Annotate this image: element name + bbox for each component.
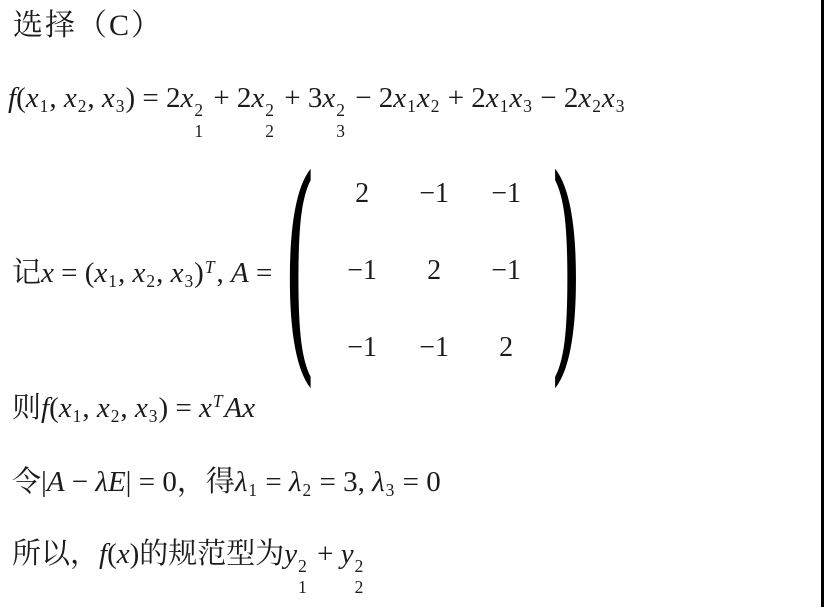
superscript: 2 [355, 559, 364, 574]
subscript: 1 [298, 580, 307, 595]
math-rm: )的规范型为 [130, 538, 285, 570]
math-it: λ [289, 466, 302, 498]
math-it: x [171, 257, 184, 289]
math-rm: − [65, 466, 96, 498]
math-rm: ) [194, 257, 204, 289]
math-it: x [417, 82, 430, 114]
math-it: x [97, 392, 110, 424]
matrix-close-paren: ) [549, 151, 583, 391]
subscript: 2 [265, 124, 274, 139]
math-it: x [64, 82, 77, 114]
math-rm: ( [107, 538, 117, 570]
math-rm: ) = [158, 392, 199, 424]
math-sub: 3 [616, 96, 625, 116]
math-it: λE [95, 466, 125, 498]
math-sub: 2 [78, 96, 87, 116]
math-rm: , [156, 257, 171, 289]
matrix-definition-prefix: 记x = (x1, x2, x3)T, A = [12, 250, 272, 292]
math-rm: = 3, [312, 466, 372, 498]
subscript: 2 [355, 580, 364, 595]
math-rm: − 2 [348, 82, 393, 114]
math-rm: − 2 [533, 82, 578, 114]
math-it: f [41, 392, 49, 424]
math-rm: 令| [12, 466, 47, 498]
math-sub: 2 [146, 271, 155, 291]
math-sub: 1 [40, 96, 49, 116]
matrix-cell: −1 [347, 332, 377, 364]
math-rm: = [258, 466, 289, 498]
subscript: 3 [336, 124, 345, 139]
matrix-cell: −1 [491, 255, 521, 287]
eigenvalue-formula: 令|A − λE| = 0，得λ1 = λ2 = 3, λ3 = 0 [12, 462, 441, 503]
math-it: y [341, 538, 354, 570]
math-it: A [47, 466, 65, 498]
superscript-subscript-stack: 22 [265, 103, 274, 139]
page-right-border [821, 0, 824, 607]
matrix-cell: −1 [419, 178, 449, 210]
math-it: x [322, 82, 335, 114]
superscript-subscript-stack: 23 [336, 103, 345, 139]
math-sub: 1 [108, 271, 117, 291]
math-it: x [26, 82, 39, 114]
math-rm: 所以， [12, 538, 99, 570]
math-rm: = ( [54, 257, 95, 289]
superscript: 2 [265, 103, 274, 118]
matrix-cell: 2 [499, 332, 513, 364]
superscript-subscript-stack: 22 [355, 559, 364, 595]
math-rm: + [310, 538, 341, 570]
math-it: x [102, 82, 115, 114]
math-sub: 2 [431, 96, 440, 116]
matrix-cell: 2 [427, 255, 441, 287]
math-it: λ [235, 466, 248, 498]
math-rm: + 2 [206, 82, 251, 114]
superscript-subscript-stack: 21 [194, 103, 203, 139]
matrix-cell: 2 [355, 178, 369, 210]
matrix-open-paren: ( [283, 151, 317, 391]
math-rm: , [49, 82, 64, 114]
math-sub: 1 [407, 96, 416, 116]
math-rm: | = 0，得 [126, 466, 235, 498]
math-sub: 3 [386, 480, 395, 500]
answer-choice-line: 选择（C） [13, 8, 163, 44]
math-it: f [99, 538, 107, 570]
math-sub: 2 [592, 96, 601, 116]
math-it: x [41, 257, 54, 289]
superscript: 2 [298, 559, 307, 574]
xtax-formula: 则f(x1, x2, x3) = xTAx [12, 388, 255, 429]
matrix-cell: −1 [347, 255, 377, 287]
math-it: x [486, 82, 499, 114]
superscript: 2 [336, 103, 345, 118]
subscript: 1 [194, 124, 203, 139]
math-rm: = 0 [395, 466, 440, 498]
math-it: Ax [225, 392, 256, 424]
math-it: x [135, 392, 148, 424]
math-rm: ( [49, 392, 59, 424]
math-rm: , [82, 392, 97, 424]
math-it: x [199, 392, 212, 424]
math-rm: + 3 [277, 82, 322, 114]
math-rm: , [87, 82, 102, 114]
matrix-cell: −1 [491, 178, 521, 210]
math-sub: 3 [116, 96, 125, 116]
math-it: x [509, 82, 522, 114]
math-it: x [94, 257, 107, 289]
math-sub: 1 [500, 96, 509, 116]
math-it: x [393, 82, 406, 114]
math-sub: 2 [303, 480, 312, 500]
math-sub: 2 [111, 406, 120, 426]
matrix-cell: −1 [419, 332, 449, 364]
math-sub: 3 [184, 271, 193, 291]
math-sub: 1 [73, 406, 82, 426]
math-rm: , [216, 257, 231, 289]
math-rm: ) = 2 [125, 82, 180, 114]
math-it: A [231, 257, 249, 289]
math-it: x [117, 538, 130, 570]
math-rm: 记 [12, 257, 41, 289]
math-it: y [284, 538, 297, 570]
math-it: x [180, 82, 193, 114]
math-it: x [251, 82, 264, 114]
math-rm: ( [16, 82, 26, 114]
math-sub: 1 [248, 480, 257, 500]
matrix-a: 2 −1 −1 −1 2 −1 −1 −1 2 [326, 156, 542, 387]
superscript-subscript-stack: 21 [298, 559, 307, 595]
math-it: x [59, 392, 72, 424]
superscript: 2 [194, 103, 203, 118]
matrix-definition-line: 记x = (x1, x2, x3)T, A = ( 2 −1 −1 −1 2 −… [12, 146, 586, 396]
math-supit: T [205, 257, 215, 277]
math-it: x [602, 82, 615, 114]
math-rm: + 2 [440, 82, 485, 114]
math-sub: 3 [149, 406, 158, 426]
math-rm: , [118, 257, 133, 289]
solution-page: 选择（C） f(x1, x2, x3) = 2x21 + 2x22 + 3x23… [0, 0, 828, 607]
math-sub: 3 [523, 96, 532, 116]
math-it: x [132, 257, 145, 289]
math-rm: 则 [12, 392, 41, 424]
math-it: f [8, 82, 16, 114]
math-supit: T [213, 391, 223, 411]
canonical-form-formula: 所以，f(x)的规范型为y21 + y22 [12, 534, 366, 595]
math-rm: , [120, 392, 135, 424]
math-it: x [578, 82, 591, 114]
math-it: λ [372, 466, 385, 498]
math-rm: = [249, 257, 273, 289]
